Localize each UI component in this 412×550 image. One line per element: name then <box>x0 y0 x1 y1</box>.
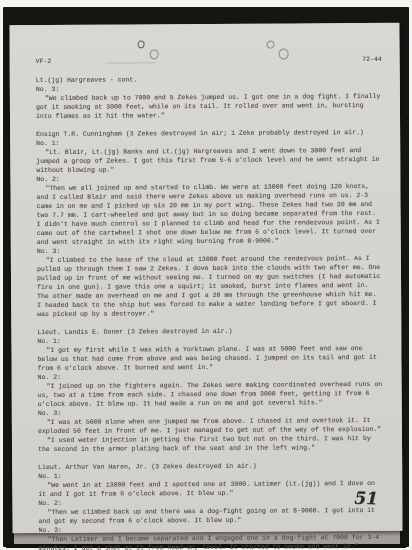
pilot-quote: "I was at 5000 alone when one jumped me … <box>38 416 384 436</box>
claim-entry: No. 2: "Then we all joined up and starte… <box>36 173 382 247</box>
pilot-section-hargreaves: Lt.(jg) Hargreaves - cont. No. 3: "We cl… <box>36 74 382 121</box>
report-serial: 72-44 <box>362 55 382 64</box>
pilot-quote: "Then we all joined up and started to cl… <box>36 182 382 247</box>
claim-entry: No. 1: "I got my first while I was with … <box>37 335 383 373</box>
claim-entry: No. 3: "I was at 5000 alone when one jum… <box>38 407 384 436</box>
pilot-quote: "I got my first while I was with a Yorkt… <box>37 344 383 373</box>
claim-entry: "I used water injection in getting the f… <box>38 434 384 454</box>
document-scan: VF-2 72-44 Lt.(jg) Hargreaves - cont. No… <box>0 0 412 550</box>
handwritten-page-number: 51 <box>354 489 378 510</box>
typed-report-body: VF-2 72-44 Lt.(jg) Hargreaves - cont. No… <box>36 55 385 523</box>
pilot-quote: "We went in at 13000 feet and I spotted … <box>38 479 384 499</box>
pilot-quote: "Then Latimer and I became separated and… <box>39 533 385 550</box>
pilot-quote: "I joined up on the fighters again. The … <box>38 380 384 409</box>
pilot-quote: "Then we climbed back up and there was a… <box>38 506 384 526</box>
claim-entry: No. 2: "I joined up on the fighters agai… <box>38 371 384 409</box>
punch-hole-icon <box>138 40 145 48</box>
page-header: VF-2 72-44 <box>36 55 382 66</box>
pilot-section-cunningham: Ensign T.R. Cunningham (3 Zekes destroye… <box>36 128 383 319</box>
pilot-quote: "I used water injection in getting the f… <box>38 434 384 454</box>
claim-entry: No. 3: "We climbed back up to 7000 and 5… <box>36 83 382 121</box>
pilot-section-van-haren: Lieut. Arthur Van Haren, Jr. (3 Zekes de… <box>38 461 385 550</box>
punch-hole-icon <box>267 41 275 49</box>
pilot-quote: "We climbed back up to 7000 and 5 Zekes … <box>36 92 382 121</box>
claim-entry: No. 1: "We went in at 13000 feet and I s… <box>38 470 384 499</box>
pilot-quote: "Lt. Blair, Lt.(jg) Banks and Lt.(jg) Ha… <box>36 146 382 175</box>
scanned-document-page: VF-2 72-44 Lt.(jg) Hargreaves - cont. No… <box>9 23 402 533</box>
claim-entry: No. 1: "Lt. Blair, Lt.(jg) Banks and Lt.… <box>36 137 382 175</box>
claim-entry: No. 3: "I climbed to the base of the clo… <box>37 245 383 319</box>
claim-entry: No. 3: "Then Latimer and I became separa… <box>39 524 385 550</box>
squadron-id: VF-2 <box>36 57 52 66</box>
claim-entry: No. 2: "Then we climbed back up and ther… <box>38 497 384 526</box>
pilot-quote: "I climbed to the base of the cloud at 1… <box>37 254 383 319</box>
pilot-section-doner: Lieut. Landis E. Doner (3 Zekes destroye… <box>37 326 384 454</box>
